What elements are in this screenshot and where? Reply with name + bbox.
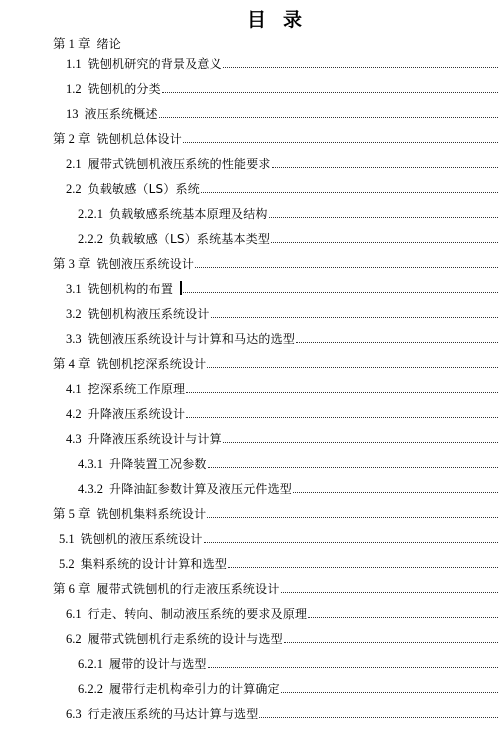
toc-entry-number: 6.2.2: [78, 682, 103, 696]
dot-leader: [211, 317, 498, 318]
toc-entry-number: 第 3 章: [53, 257, 91, 271]
toc-entry-text: 行走、转向、制动液压系统的要求及原理: [88, 607, 308, 621]
toc-entry-text: 履带式铣刨机的行走液压系统设计: [97, 582, 280, 596]
toc-entry-section[interactable]: 4.2升降液压系统设计: [66, 403, 498, 421]
toc-entry-section[interactable]: 2.1履带式铣刨机液压系统的性能要求: [66, 153, 498, 171]
toc-entry-number: 第 4 章: [53, 357, 91, 371]
dot-leader: [293, 492, 498, 493]
toc-entry-text: 升降液压系统设计: [88, 407, 186, 421]
toc-entry-number: 2.2.1: [78, 207, 103, 221]
dot-leader: [159, 117, 498, 118]
toc-entry-text: 履带的设计与选型: [109, 657, 207, 671]
toc-entry-text: 铣刨机研究的背景及意义: [88, 57, 222, 71]
toc-entry-subsection[interactable]: 4.3.2升降油缸参数计算及液压元件选型: [78, 478, 498, 496]
dot-leader: [281, 692, 498, 693]
toc-entry-subsection[interactable]: 6.2.1履带的设计与选型: [78, 653, 498, 671]
toc-entry-number: 第 6 章: [53, 582, 91, 596]
toc-entry-section[interactable]: 6.3行走液压系统的马达计算与选型: [66, 703, 498, 721]
toc-entry-number: 1.2: [66, 82, 82, 96]
toc-entry-text: 行走液压系统的马达计算与选型: [88, 707, 259, 721]
toc-entry-chapter[interactable]: 第 4 章铣刨机挖深系统设计: [53, 353, 498, 371]
dot-leader: [183, 142, 498, 143]
toc-entry-subsection[interactable]: 6.2.2履带行走机构牵引力的计算确定: [78, 678, 498, 696]
toc-entry-text: 履带行走机构牵引力的计算确定: [109, 682, 280, 696]
dot-leader: [208, 667, 498, 668]
toc-entry-number: 6.2: [66, 632, 82, 646]
toc-entry-text: 铣刨机挖深系统设计: [97, 357, 207, 371]
toc-entry-subsection[interactable]: 2.2.2负载敏感（LS）系统基本类型: [78, 228, 498, 246]
dot-leader: [186, 417, 498, 418]
toc-entry-number: 4.2: [66, 407, 82, 421]
toc-entry-section[interactable]: 13液压系统概述: [66, 103, 498, 121]
toc-entry-section[interactable]: 1.2铣刨机的分类: [66, 78, 498, 96]
toc-entry-section[interactable]: 5.2集料系统的设计计算和选型: [59, 553, 498, 571]
toc-entry-chapter[interactable]: 第 1 章绪论: [53, 33, 121, 51]
dot-leader: [284, 642, 498, 643]
toc-entry-section[interactable]: 4.1挖深系统工作原理: [66, 378, 498, 396]
toc-entry-section[interactable]: 4.3升降液压系统设计与计算: [66, 428, 498, 446]
dot-leader: [223, 67, 498, 68]
toc-entry-number: 4.3: [66, 432, 82, 446]
toc-entry-number: 3.2: [66, 307, 82, 321]
toc-entry-section[interactable]: 6.2履带式铣刨机行走系统的设计与选型: [66, 628, 498, 646]
dot-leader: [207, 367, 498, 368]
toc-entry-text: 铣刨机集料系统设计: [97, 507, 207, 521]
dot-leader: [281, 592, 498, 593]
toc-entry-number: 4.1: [66, 382, 82, 396]
dot-leader: [162, 92, 498, 93]
toc-entry-text: 升降装置工况参数: [109, 457, 207, 471]
dot-leader: [204, 542, 498, 543]
toc-entry-text: 铣刨机的液压系统设计: [81, 532, 203, 546]
toc-entry-subsection[interactable]: 2.2.1负载敏感系统基本原理及结构: [78, 203, 498, 221]
toc-entry-text: 铣刨机的分类: [88, 82, 161, 96]
dot-leader: [228, 567, 498, 568]
toc-entry-number: 5.1: [59, 532, 75, 546]
toc-entry-number: 6.3: [66, 707, 82, 721]
toc-entry-number: 第 1 章: [53, 37, 91, 51]
dot-leader: [186, 392, 498, 393]
toc-entry-text: 负载敏感系统基本原理及结构: [109, 207, 268, 221]
dot-leader: [271, 242, 498, 243]
text-cursor: [180, 281, 182, 295]
toc-entry-number: 3.1: [66, 282, 82, 296]
toc-entry-text: 履带式铣刨机行走系统的设计与选型: [88, 632, 283, 646]
toc-entry-text: 铣刨液压系统设计: [97, 257, 195, 271]
toc-entry-chapter[interactable]: 第 2 章铣刨机总体设计: [53, 128, 498, 146]
toc-entry-text: 液压系统概述: [85, 107, 158, 121]
toc-entry-chapter[interactable]: 第 3 章铣刨液压系统设计: [53, 253, 498, 271]
toc-entry-subsection[interactable]: 4.3.1升降装置工况参数: [78, 453, 498, 471]
toc-entry-text: 绪论: [97, 37, 121, 51]
toc-entry-number: 第 5 章: [53, 507, 91, 521]
toc-entry-text: 升降液压系统设计与计算: [88, 432, 222, 446]
toc-entry-section[interactable]: 3.1铣刨机构的布置: [66, 278, 498, 296]
dot-leader: [272, 167, 498, 168]
toc-entry-number: 6.1: [66, 607, 82, 621]
dot-leader: [183, 292, 498, 293]
toc-entry-text: 挖深系统工作原理: [88, 382, 186, 396]
toc-entry-text: 铣刨机总体设计: [97, 132, 182, 146]
toc-entry-chapter[interactable]: 第 6 章履带式铣刨机的行走液压系统设计: [53, 578, 498, 596]
dot-leader: [223, 442, 498, 443]
toc-entry-number: 5.2: [59, 557, 75, 571]
toc-entry-text: 履带式铣刨机液压系统的性能要求: [88, 157, 271, 171]
toc-title-char-1: 目: [247, 5, 266, 32]
toc-entry-number: 13: [66, 107, 79, 121]
toc-entry-text: 负载敏感（LS）系统: [88, 182, 200, 196]
dot-leader: [201, 192, 498, 193]
dot-leader: [208, 467, 498, 468]
toc-entry-section[interactable]: 1.1铣刨机研究的背景及意义: [66, 53, 498, 71]
dot-leader: [296, 342, 498, 343]
dot-leader: [207, 517, 498, 518]
toc-title-char-2: 录: [283, 5, 302, 32]
toc-entry-number: 4.3.2: [78, 482, 103, 496]
dot-leader: [195, 267, 498, 268]
toc-entry-number: 2.2.2: [78, 232, 103, 246]
toc-entry-section[interactable]: 3.3铣刨液压系统设计与计算和马达的选型: [66, 328, 498, 346]
toc-entry-text: 升降油缸参数计算及液压元件选型: [109, 482, 292, 496]
toc-entry-section[interactable]: 6.1行走、转向、制动液压系统的要求及原理: [66, 603, 498, 621]
toc-entry-number: 2.2: [66, 182, 82, 196]
toc-entry-chapter[interactable]: 第 5 章铣刨机集料系统设计: [53, 503, 498, 521]
toc-entry-section[interactable]: 2.2负载敏感（LS）系统: [66, 178, 498, 196]
toc-entry-number: 4.3.1: [78, 457, 103, 471]
dot-leader: [308, 617, 498, 618]
dot-leader: [269, 217, 498, 218]
toc-entry-number: 6.2.1: [78, 657, 103, 671]
toc-entry-text: 铣刨液压系统设计与计算和马达的选型: [88, 332, 295, 346]
dot-leader: [259, 717, 498, 718]
toc-entry-text: 负载敏感（LS）系统基本类型: [109, 232, 270, 246]
toc-entry-number: 3.3: [66, 332, 82, 346]
toc-entry-number: 2.1: [66, 157, 82, 171]
toc-entry-section[interactable]: 5.1铣刨机的液压系统设计: [59, 528, 498, 546]
toc-entry-section[interactable]: 3.2铣刨机构液压系统设计: [66, 303, 498, 321]
toc-entry-text: 集料系统的设计计算和选型: [81, 557, 227, 571]
toc-entry-number: 第 2 章: [53, 132, 91, 146]
toc-entry-number: 1.1: [66, 57, 82, 71]
toc-entry-text: 铣刨机构液压系统设计: [88, 307, 210, 321]
toc-entry-text: 铣刨机构的布置: [88, 282, 173, 296]
